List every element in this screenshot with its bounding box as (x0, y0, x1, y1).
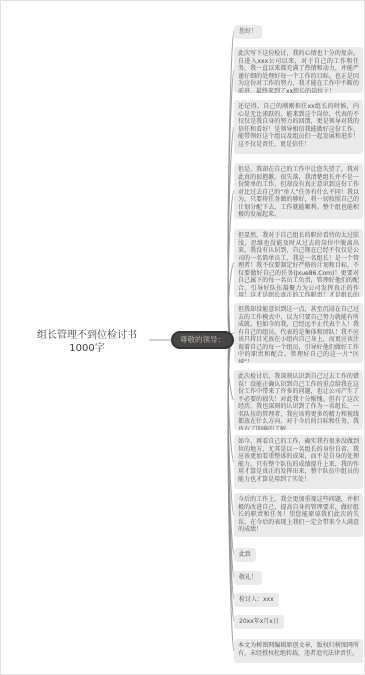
mindmap-text-node[interactable]: 此次写下这份检讨，我的心情也十分的复杂。自进入xxx公司以来，对于自己的工作和任… (234, 47, 363, 93)
mindmap-text-node[interactable]: 您好！ (234, 25, 262, 39)
mindmap-text-node[interactable]: 如今，再看自己的工作，确实我有很多没做到位的地方，尤其是以一名组长的身份自省。我… (234, 435, 363, 489)
copyright-note: 本文为树图网编辑原创文章，版权归树图网所有，未经授权杜绝转载，违者追究法律责任。 (234, 639, 363, 663)
mindmap-text-node[interactable]: 20xx年x月x日 (234, 615, 284, 629)
mindmap-text-node[interactable]: 还记得，自己的刚刚担任xx组长的时候，内心是无比雀跃的。能来到这个岗位，代表的不… (234, 100, 363, 154)
mindmap-text-node[interactable]: 今后的工作上，我会更加重视这些问题，并积极的改进自己，提高自身的管理要求，做好组… (234, 493, 363, 537)
mindmap-text-node[interactable]: 此致 (234, 548, 256, 562)
mindmap-canvas: 组长管理不到位检讨书1000字 尊敬的领导： 您好！ 此次写下这份检讨，我的心情… (0, 0, 365, 675)
mindmap-text-node[interactable]: 此次检讨后，我深刻认识到自己过去工作的错误！没能正确认识到自己工作的重点给我在这… (234, 370, 363, 430)
mindmap-text-node[interactable]: 敬礼！ (234, 571, 262, 585)
mindmap-root-title[interactable]: 组长管理不到位检讨书1000字 (25, 329, 149, 355)
mindmap-hub-node[interactable]: 尊敬的领导： (171, 331, 234, 349)
mindmap-text-node[interactable]: 但显然，我对于自己组长的职位看待的太过肤浅，思维也没能及时从过去的岗位中脱离出来… (234, 229, 363, 297)
mindmap-text-node[interactable]: 但是，我却在自己的工作中让您失望了，我对此真的很抱歉。很失落，我清楚组长并不是一… (234, 163, 363, 219)
mindmap-text-node[interactable]: 检讨人：xxx (234, 593, 279, 607)
mindmap-text-node[interactable]: 但我却没能意识到这一点，甚至沉浸在自己过去的工作模式中，以为只要自己努力就能有所… (234, 303, 363, 363)
